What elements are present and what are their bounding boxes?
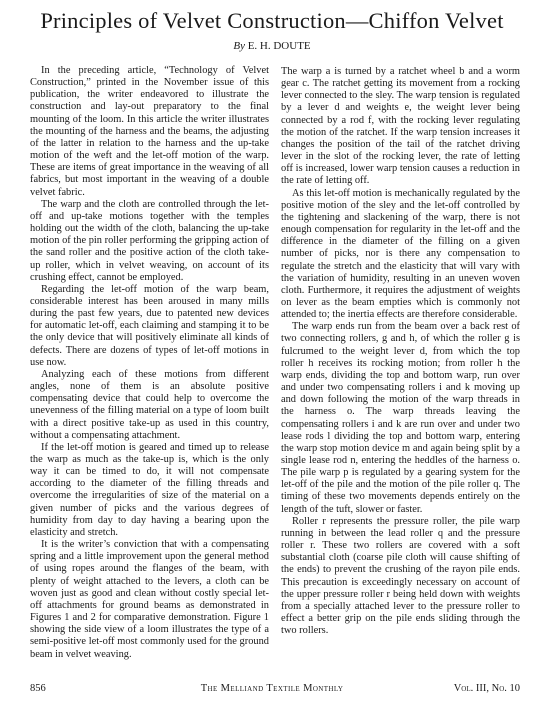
paragraph: Regarding the let-off motion of the warp… bbox=[30, 284, 269, 369]
issue-label: Vol. III, No. 10 bbox=[454, 683, 520, 694]
left-column: In the preceding article, “Technology of… bbox=[30, 65, 269, 661]
paragraph: Analyzing each of these motions from dif… bbox=[30, 369, 269, 442]
author-name: E. H. DOUTE bbox=[248, 40, 311, 52]
right-column: The warp a is turned by a ratchet wheel … bbox=[281, 66, 520, 637]
paragraph: It is the writer’s conviction that with … bbox=[30, 539, 269, 661]
paragraph: If the let-off motion is geared and time… bbox=[30, 442, 269, 539]
page-number: 856 bbox=[30, 683, 46, 694]
paragraph: In the preceding article, “Technology of… bbox=[30, 65, 269, 199]
paragraph: Roller r represents the pressure roller,… bbox=[281, 516, 520, 638]
byline: By E. H. DOUTE bbox=[0, 40, 544, 52]
article-title: Principles of Velvet Construction—Chiffo… bbox=[0, 8, 544, 34]
paragraph: As this let-off motion is mechanically r… bbox=[281, 188, 520, 322]
paragraph: The warp ends run from the beam over a b… bbox=[281, 321, 520, 516]
paragraph: The warp a is turned by a ratchet wheel … bbox=[281, 66, 520, 188]
paragraph: The warp and the cloth are controlled th… bbox=[30, 199, 269, 284]
byline-prefix: By bbox=[233, 40, 245, 52]
